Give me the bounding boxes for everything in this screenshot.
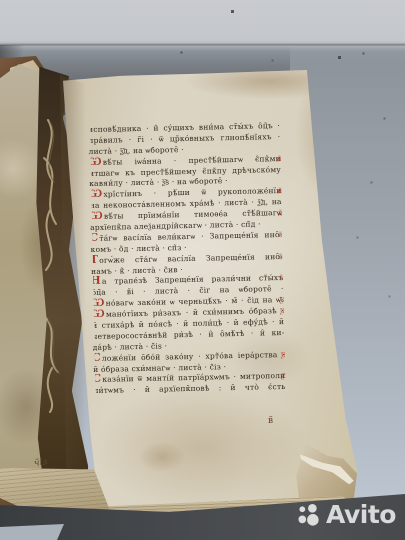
rubric-initial: Ѿ	[92, 209, 103, 222]
rubric-initial: Т	[93, 253, 99, 266]
text-fragment	[0, 241, 48, 255]
rubric-initial: С	[95, 372, 101, 385]
rubric-initial: С	[92, 231, 98, 244]
left-page-text-fragments	[0, 96, 52, 466]
text-fragment	[0, 149, 51, 163]
text-fragment	[0, 175, 50, 189]
text-fragment	[0, 201, 49, 215]
text-fragment	[0, 307, 47, 321]
text-fragment	[0, 426, 44, 440]
text-fragment	[0, 228, 49, 242]
text-fragment	[0, 254, 48, 268]
handwritten-mark: ч̃із	[33, 457, 48, 469]
wall-dirt-specks	[0, 0, 1, 1]
text-fragment	[0, 386, 45, 400]
avito-watermark: Avito	[297, 500, 401, 530]
avito-wordmark: Avito	[326, 500, 396, 530]
text-fragment	[0, 399, 45, 413]
text-fragment	[0, 294, 47, 308]
quire-signature-mark: в̃	[268, 416, 273, 426]
text-fragment	[0, 136, 51, 150]
text-fragment	[0, 373, 45, 387]
rubric-initial: Ѿ	[94, 296, 105, 309]
text-fragment	[0, 360, 46, 374]
text-fragment	[0, 267, 48, 281]
text-fragment	[0, 346, 46, 360]
text-fragment	[0, 215, 49, 229]
text-fragment	[0, 109, 52, 123]
text-fragment	[0, 412, 44, 426]
rubric-initial: Ѡ	[94, 307, 105, 320]
rubric-initial: С	[95, 351, 101, 364]
text-fragment	[0, 333, 46, 347]
right-page-text-block: исповѣ́дника · и̑ су́щихъ вни́ма ст̃ы́хъ…	[90, 120, 286, 396]
line-text: да́рѣ · листа̀ · с̃іѕ ·	[93, 341, 168, 352]
text-fragment	[0, 320, 47, 334]
text-fragment	[0, 281, 47, 295]
text-fragment	[0, 122, 51, 136]
rubric-initial: Ѿ	[91, 154, 102, 167]
text-fragment	[0, 96, 52, 110]
text-fragment	[0, 162, 50, 176]
rubric-initial: Н	[93, 274, 101, 287]
photo-old-slavonic-book: исповѣ́дника · и̑ су́щихъ вни́ма ст̃ы́хъ…	[0, 0, 405, 540]
text-fragment	[0, 188, 50, 202]
rubric-initial: Ѿ	[91, 187, 102, 200]
avito-logo-icon	[297, 503, 322, 528]
text-fragment	[0, 439, 44, 453]
